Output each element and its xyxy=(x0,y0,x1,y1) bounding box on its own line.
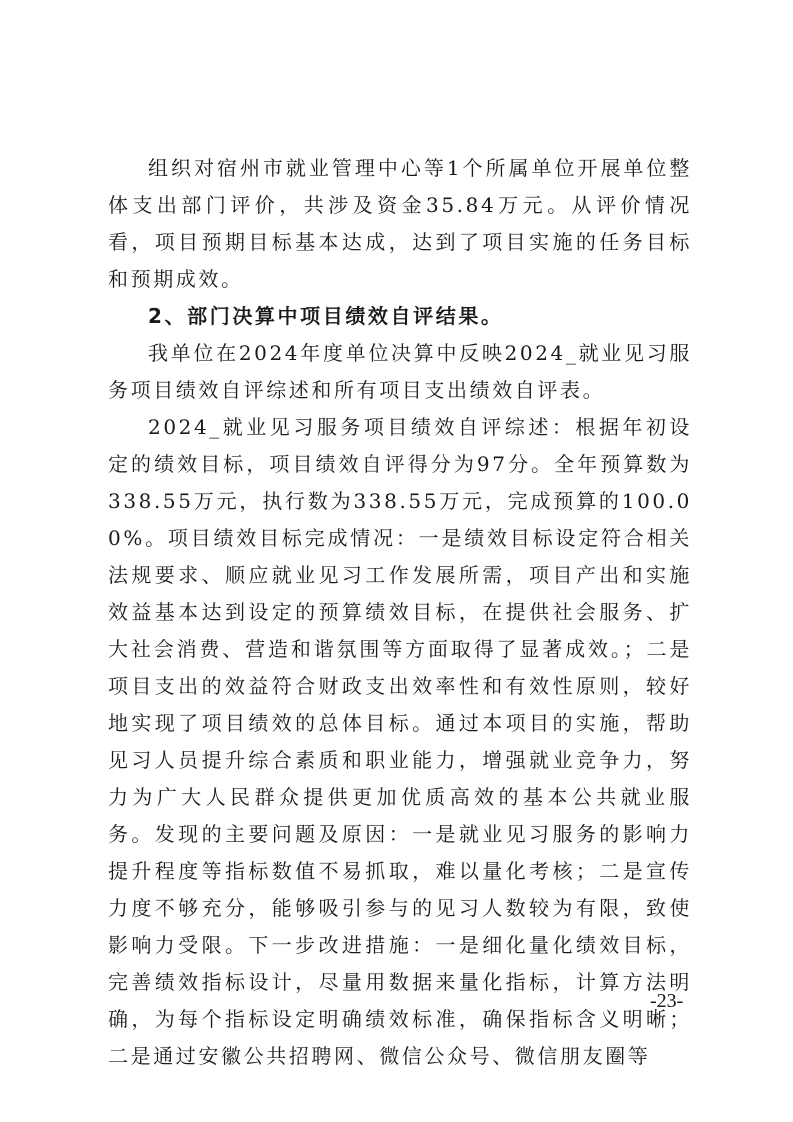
section-heading-project-self-evaluation: 2、部门决算中项目绩效自评结果。 xyxy=(108,298,692,335)
paragraph-final-accounts-statement: 我单位在2024年度单位决算中反映2024_就业见习服务项目绩效自评综述和所有项… xyxy=(108,335,692,409)
paragraph-internship-service-review: 2024_就业见习服务项目绩效自评综述：根据年初设定的绩效目标，项目绩效自评得分… xyxy=(108,409,692,1075)
paragraph-evaluation-summary: 组织对宿州市就业管理中心等1个所属单位开展单位整体支出部门评价，共涉及资金35.… xyxy=(108,150,692,298)
page-number: -23- xyxy=(650,990,683,1013)
document-page: 组织对宿州市就业管理中心等1个所属单位开展单位整体支出部门评价，共涉及资金35.… xyxy=(108,150,692,1075)
